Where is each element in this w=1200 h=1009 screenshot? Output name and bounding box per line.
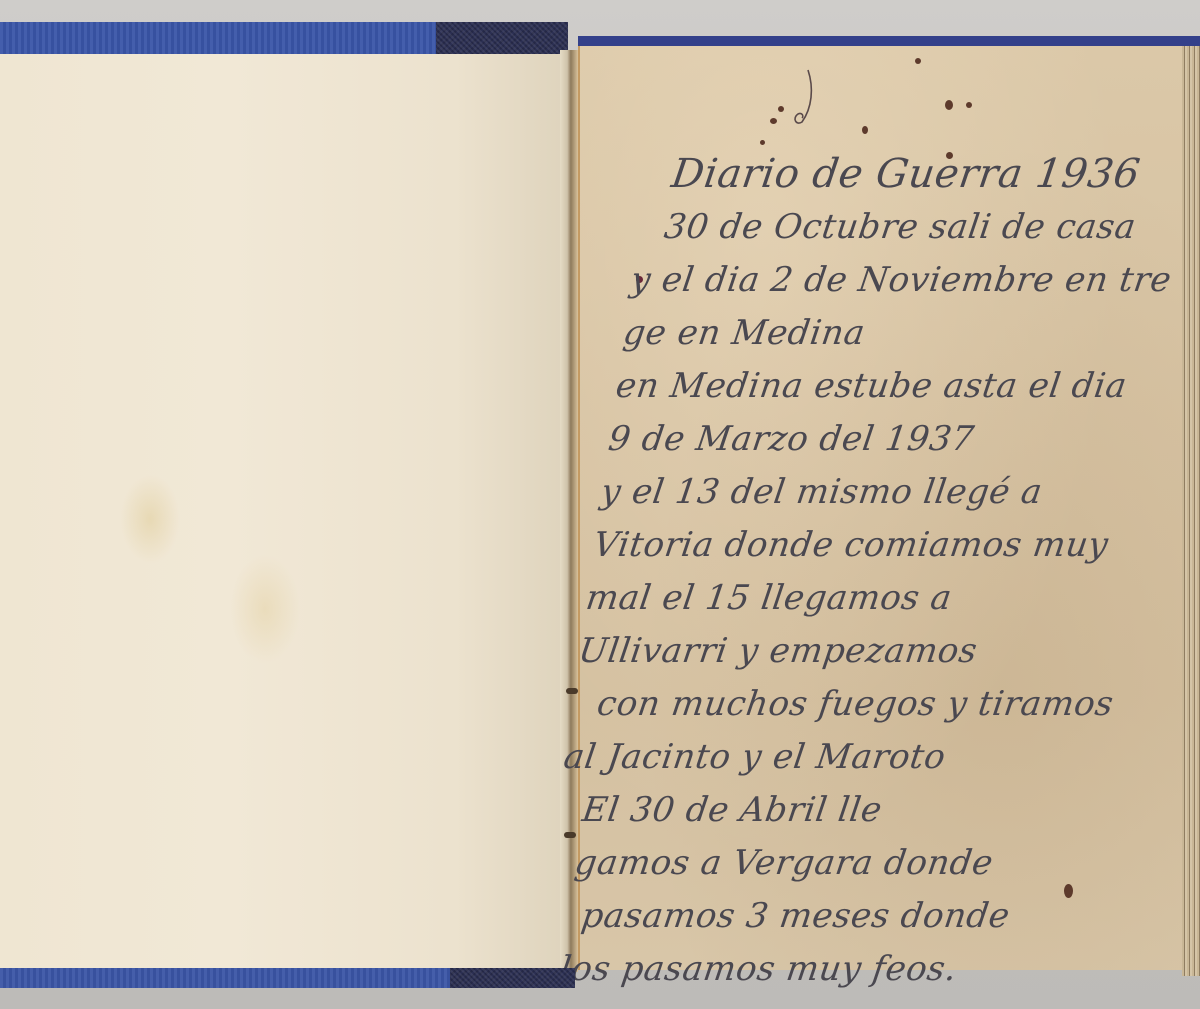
diary-line: y el dia 2 de Noviembre en tre [627,254,1200,307]
diary-line: 9 de Marzo del 1937 [605,413,1192,466]
diary-line: pasamos 3 meses donde [538,890,1125,943]
left-blank-page [0,54,568,970]
diary-line: Ullivarri y empezamos [575,625,1162,678]
diary-line: los pasamos muy feos. [530,943,1117,996]
diary-line: con muchos fuegos y tiramos [568,678,1155,731]
diary-text: Diario de Guerra 1936 30 de Octubre sali… [530,148,1200,996]
book-spine-top [436,22,568,56]
ink-spot [778,106,784,112]
diary-line: ge en Medina [620,307,1200,360]
diary-line: al Jacinto y el Maroto [560,731,1147,784]
diary-line: y el 13 del mismo llegé a [597,466,1184,519]
ink-spot [966,102,972,108]
diary-line: El 30 de Abril lle [553,784,1140,837]
ink-spot [915,58,921,64]
diary-line: mal el 15 llegamos a [583,572,1170,625]
diary-title: Diario de Guerra 1936 [642,148,1200,201]
ink-spot [862,126,868,134]
diary-line: en Medina estube asta el dia [612,360,1199,413]
book-spine-bottom [450,968,575,988]
photograph: Diario de Guerra 1936 30 de Octubre sali… [0,0,1200,1009]
diary-line: gamos a Vergara donde [545,837,1132,890]
pencil-flourish-icon [790,68,816,128]
diary-line: Vitoria donde comiamos muy [590,519,1177,572]
diary-line: 30 de Octubre sali de casa [635,201,1200,254]
ink-spot [770,118,777,124]
book-cover-top-edge [0,22,568,56]
book-cover-bottom-edge [0,968,575,988]
ink-spot [760,140,765,145]
ink-spot [945,100,953,110]
